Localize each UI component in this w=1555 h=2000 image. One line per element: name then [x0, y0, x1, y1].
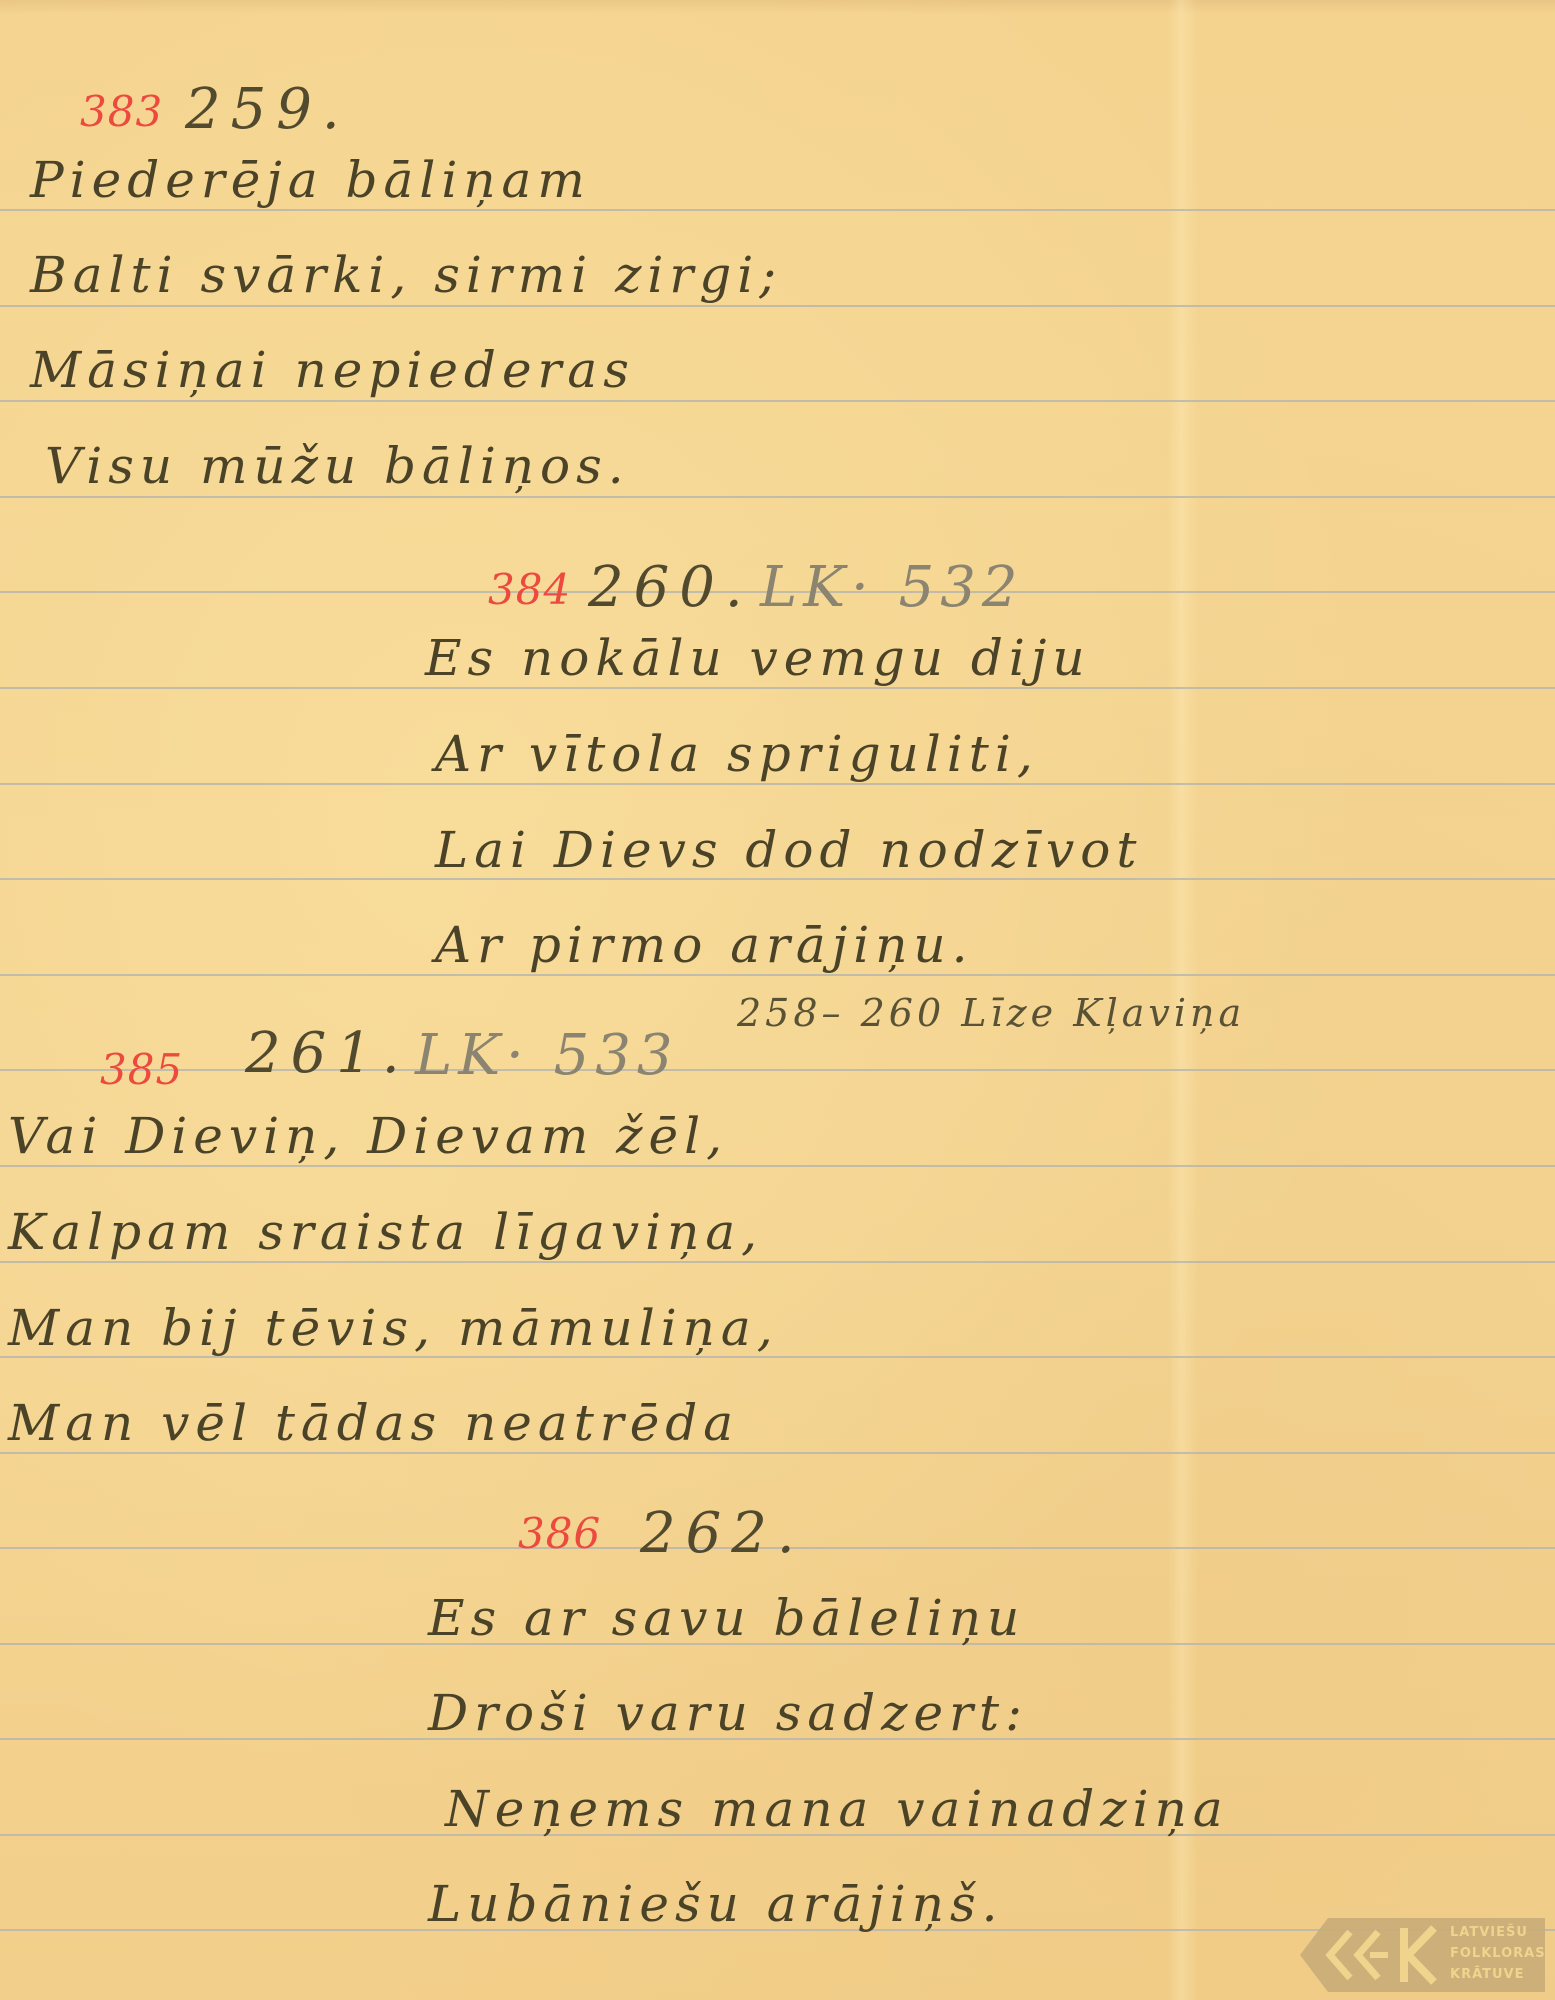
- reference-number: LK· 532: [760, 556, 1024, 620]
- reference-number: LK· 533: [415, 1024, 679, 1088]
- song-number: 262.: [640, 1502, 805, 1566]
- verse-line: Lubāniešu arājiņš.: [428, 1874, 1004, 1934]
- logo-line: KRĀTUVE: [1450, 1964, 1545, 1985]
- song-number: 260.: [588, 556, 753, 620]
- archive-number: 383: [80, 88, 163, 136]
- verse-line: Droši varu sadzert:: [428, 1683, 1028, 1743]
- verse-line: Ar pirmo arājiņu.: [435, 915, 974, 975]
- verse-line: Balti svārki, sirmi zirgi;: [30, 245, 782, 305]
- logo-text: LATVIEŠU FOLKLORAS KRĀTUVE: [1450, 1922, 1545, 1985]
- verse-line: Vai Dieviņ, Dievam žēl,: [8, 1106, 728, 1166]
- verse-line: Man vēl tādas neatrēda: [8, 1393, 739, 1453]
- verse-line: Man bij tēvis, māmuliņa,: [8, 1298, 779, 1358]
- verse-line: Neņems mana vainadziņa: [445, 1779, 1229, 1839]
- attribution-note: 258– 260 Līze Kļaviņa: [737, 990, 1245, 1036]
- archive-number: 386: [518, 1510, 601, 1558]
- archive-number: 385: [100, 1046, 183, 1094]
- archive-number: 384: [488, 566, 571, 614]
- verse-line: Kalpam sraista līgaviņa,: [8, 1202, 763, 1262]
- verse-line: Piederēja bāliņam: [30, 150, 591, 210]
- ruled-line: [0, 1069, 1555, 1071]
- verse-line: Ar vītola spriguliti,: [435, 724, 1039, 784]
- logo-line: FOLKLORAS: [1450, 1943, 1545, 1964]
- verse-line: Es ar savu bāleliņu: [428, 1588, 1025, 1648]
- archive-logo: LATVIEŠU FOLKLORAS KRĀTUVE: [1300, 1918, 1545, 1992]
- verse-line: Visu mūžu bāliņos.: [45, 436, 630, 496]
- song-number: 259.: [185, 78, 350, 142]
- verse-line: Māsiņai nepiederas: [30, 340, 635, 400]
- logo-line: LATVIEŠU: [1450, 1922, 1545, 1943]
- verse-line: Lai Dievs dod nodzīvot: [435, 820, 1142, 880]
- verse-line: Es nokālu vemgu diju: [425, 628, 1091, 688]
- ruled-line: [0, 496, 1555, 498]
- song-number: 261.: [245, 1022, 410, 1086]
- ruled-line: [0, 305, 1555, 307]
- ruled-line: [0, 400, 1555, 402]
